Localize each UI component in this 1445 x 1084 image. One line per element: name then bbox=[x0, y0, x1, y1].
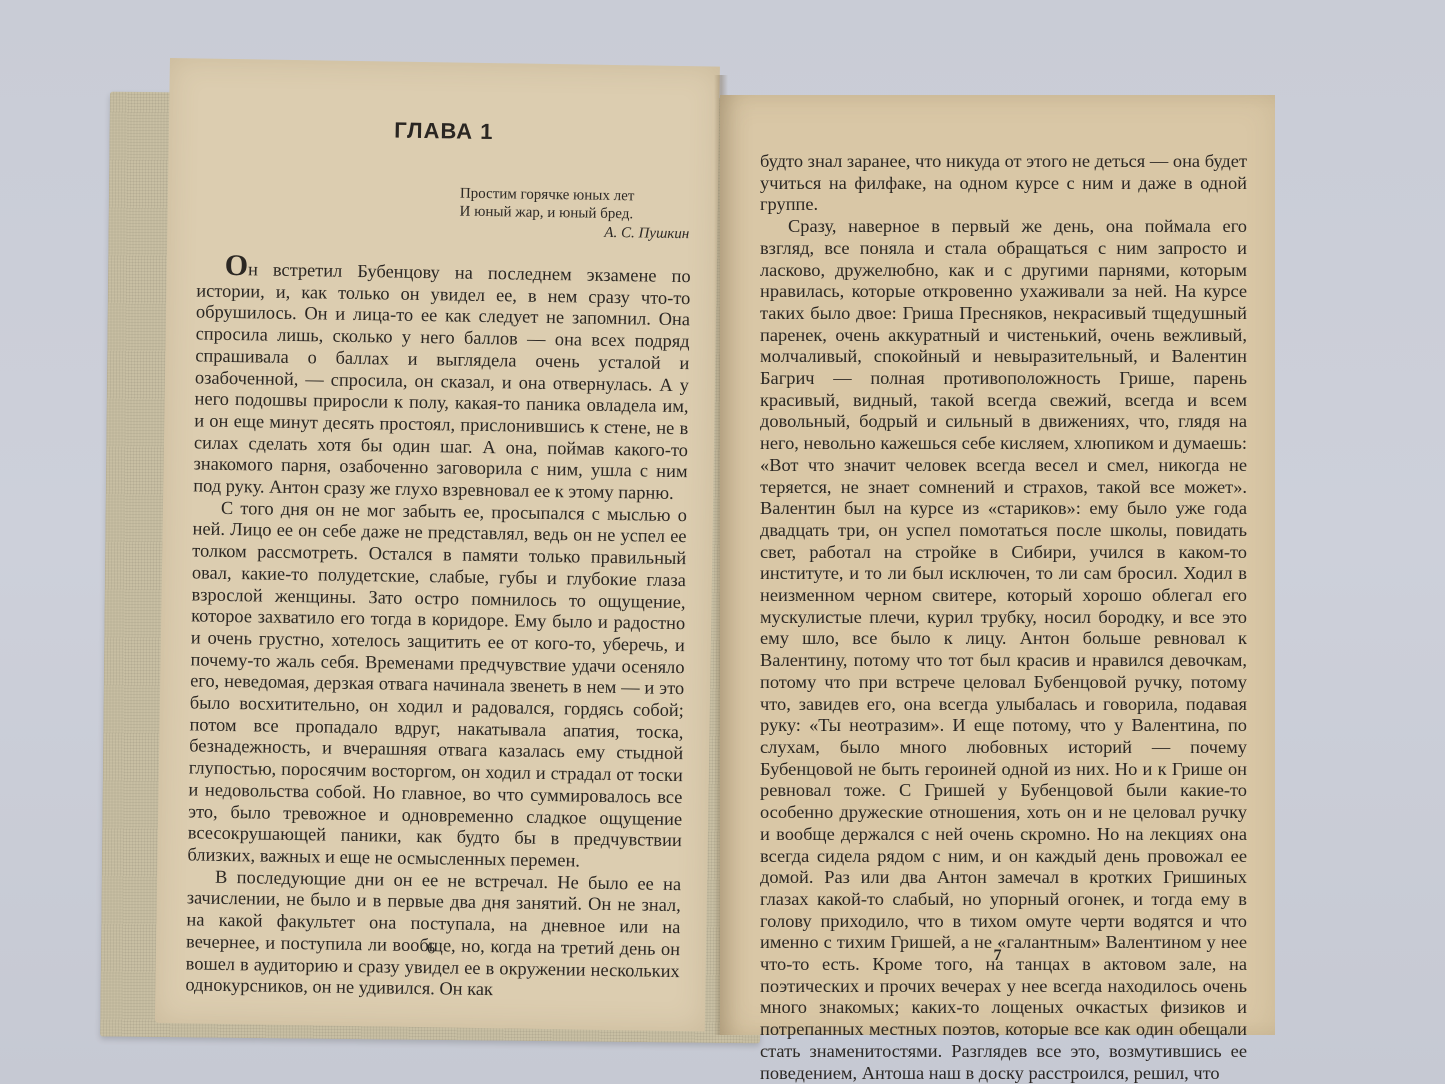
paragraph-text: н встретил Бубенцову на последнем экзаме… bbox=[193, 259, 691, 503]
page-number: 7 bbox=[720, 947, 1275, 965]
paragraph: будто знал заранее, что никуда от этого … bbox=[760, 151, 1247, 216]
right-page-text: будто знал заранее, что никуда от этого … bbox=[760, 151, 1247, 1084]
left-page-text: Он встретил Бубенцову на последнем экзам… bbox=[185, 256, 691, 1004]
left-page: ГЛАВА 1 Простим горячке юных лет И юный … bbox=[155, 58, 720, 1032]
right-page: будто знал заранее, что никуда от этого … bbox=[720, 95, 1275, 1035]
chapter-title: ГЛАВА 1 bbox=[169, 114, 719, 149]
drop-cap: О bbox=[224, 249, 248, 282]
epigraph-line: И юный жар, и юный бред. bbox=[459, 203, 689, 225]
epigraph: Простим горячке юных лет И юный жар, и ю… bbox=[459, 185, 690, 244]
paragraph: В последующие дни он ее не встречал. Не … bbox=[185, 866, 681, 1004]
epigraph-author: А. С. Пушкин bbox=[459, 222, 689, 244]
paragraph: С того дня он не мог забыть ее, просыпал… bbox=[187, 497, 687, 874]
paragraph: Он встретил Бубенцову на последнем экзам… bbox=[193, 256, 691, 504]
